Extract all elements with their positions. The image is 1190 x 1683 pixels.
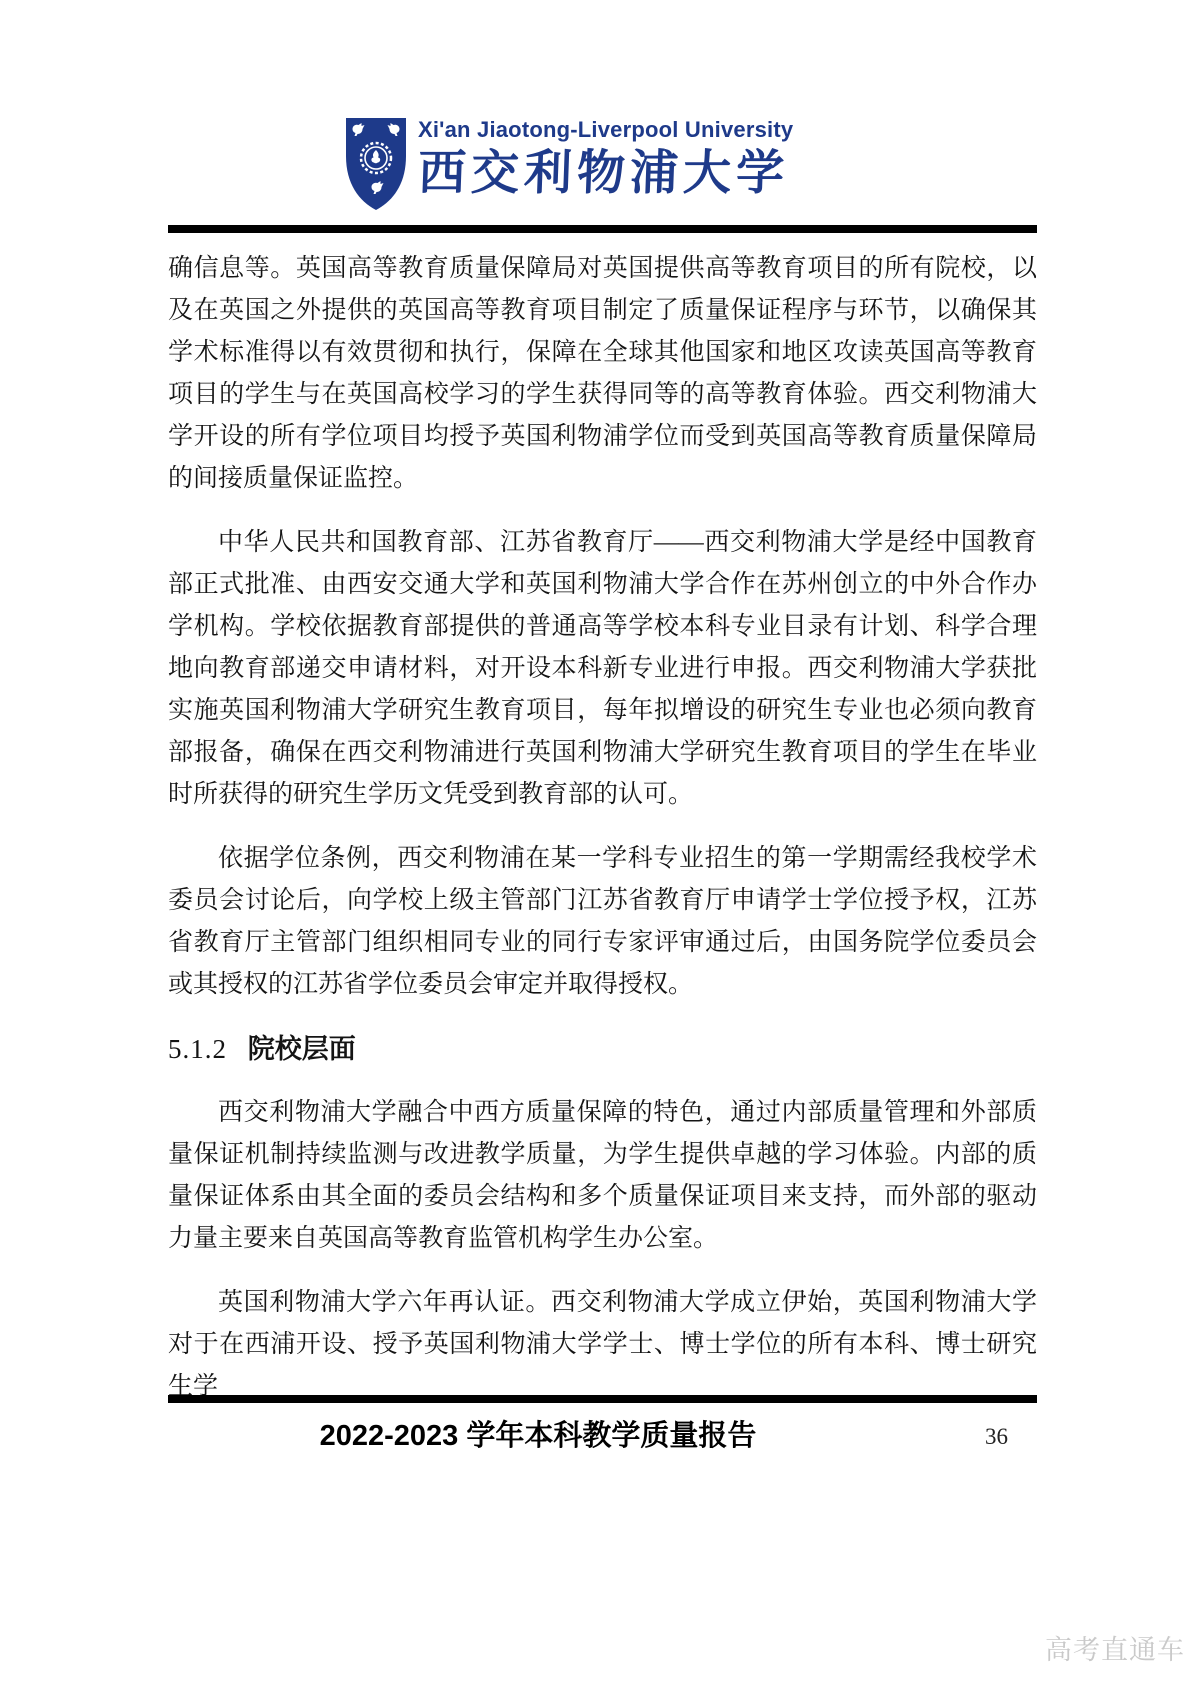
university-name-english: Xi'an Jiaotong-Liverpool University	[418, 116, 793, 144]
section-number: 5.1.2	[168, 1034, 227, 1064]
page-body: 确信息等。英国高等教育质量保障局对英国提供高等教育项目的所有院校，以及在英国之外…	[168, 248, 1037, 1430]
section-heading: 5.1.2 院校层面	[168, 1028, 1037, 1070]
body-paragraph-2: 中华人民共和国教育部、江苏省教育厅——西交利物浦大学是经中国教育部正式批准、由西…	[168, 522, 1037, 816]
document-page: Xi'an Jiaotong-Liverpool University 西交利物…	[0, 0, 1190, 1683]
university-shield-icon	[344, 116, 408, 212]
footer-report-title: 2022-2023 学年本科教学质量报告	[168, 1416, 908, 1456]
body-paragraph-5: 英国利物浦大学六年再认证。西交利物浦大学成立伊始，英国利物浦大学对于在西浦开设、…	[168, 1282, 1037, 1408]
body-paragraph-4: 西交利物浦大学融合中西方质量保障的特色，通过内部质量管理和外部质量保证机制持续监…	[168, 1092, 1037, 1260]
section-title: 院校层面	[248, 1034, 356, 1064]
body-paragraph-1: 确信息等。英国高等教育质量保障局对英国提供高等教育项目的所有院校，以及在英国之外…	[168, 248, 1037, 500]
page-number: 36	[985, 1424, 1008, 1450]
header-divider	[168, 225, 1037, 233]
university-logo: Xi'an Jiaotong-Liverpool University 西交利物…	[344, 116, 793, 212]
watermark-text: 高考直通车	[1045, 1628, 1185, 1667]
university-name-chinese: 西交利物浦大学	[417, 144, 794, 204]
body-paragraph-3: 依据学位条例，西交利物浦在某一学科专业招生的第一学期需经我校学术委员会讨论后，向…	[168, 838, 1037, 1006]
logo-text-block: Xi'an Jiaotong-Liverpool University 西交利物…	[418, 116, 793, 204]
footer-divider	[168, 1395, 1037, 1403]
